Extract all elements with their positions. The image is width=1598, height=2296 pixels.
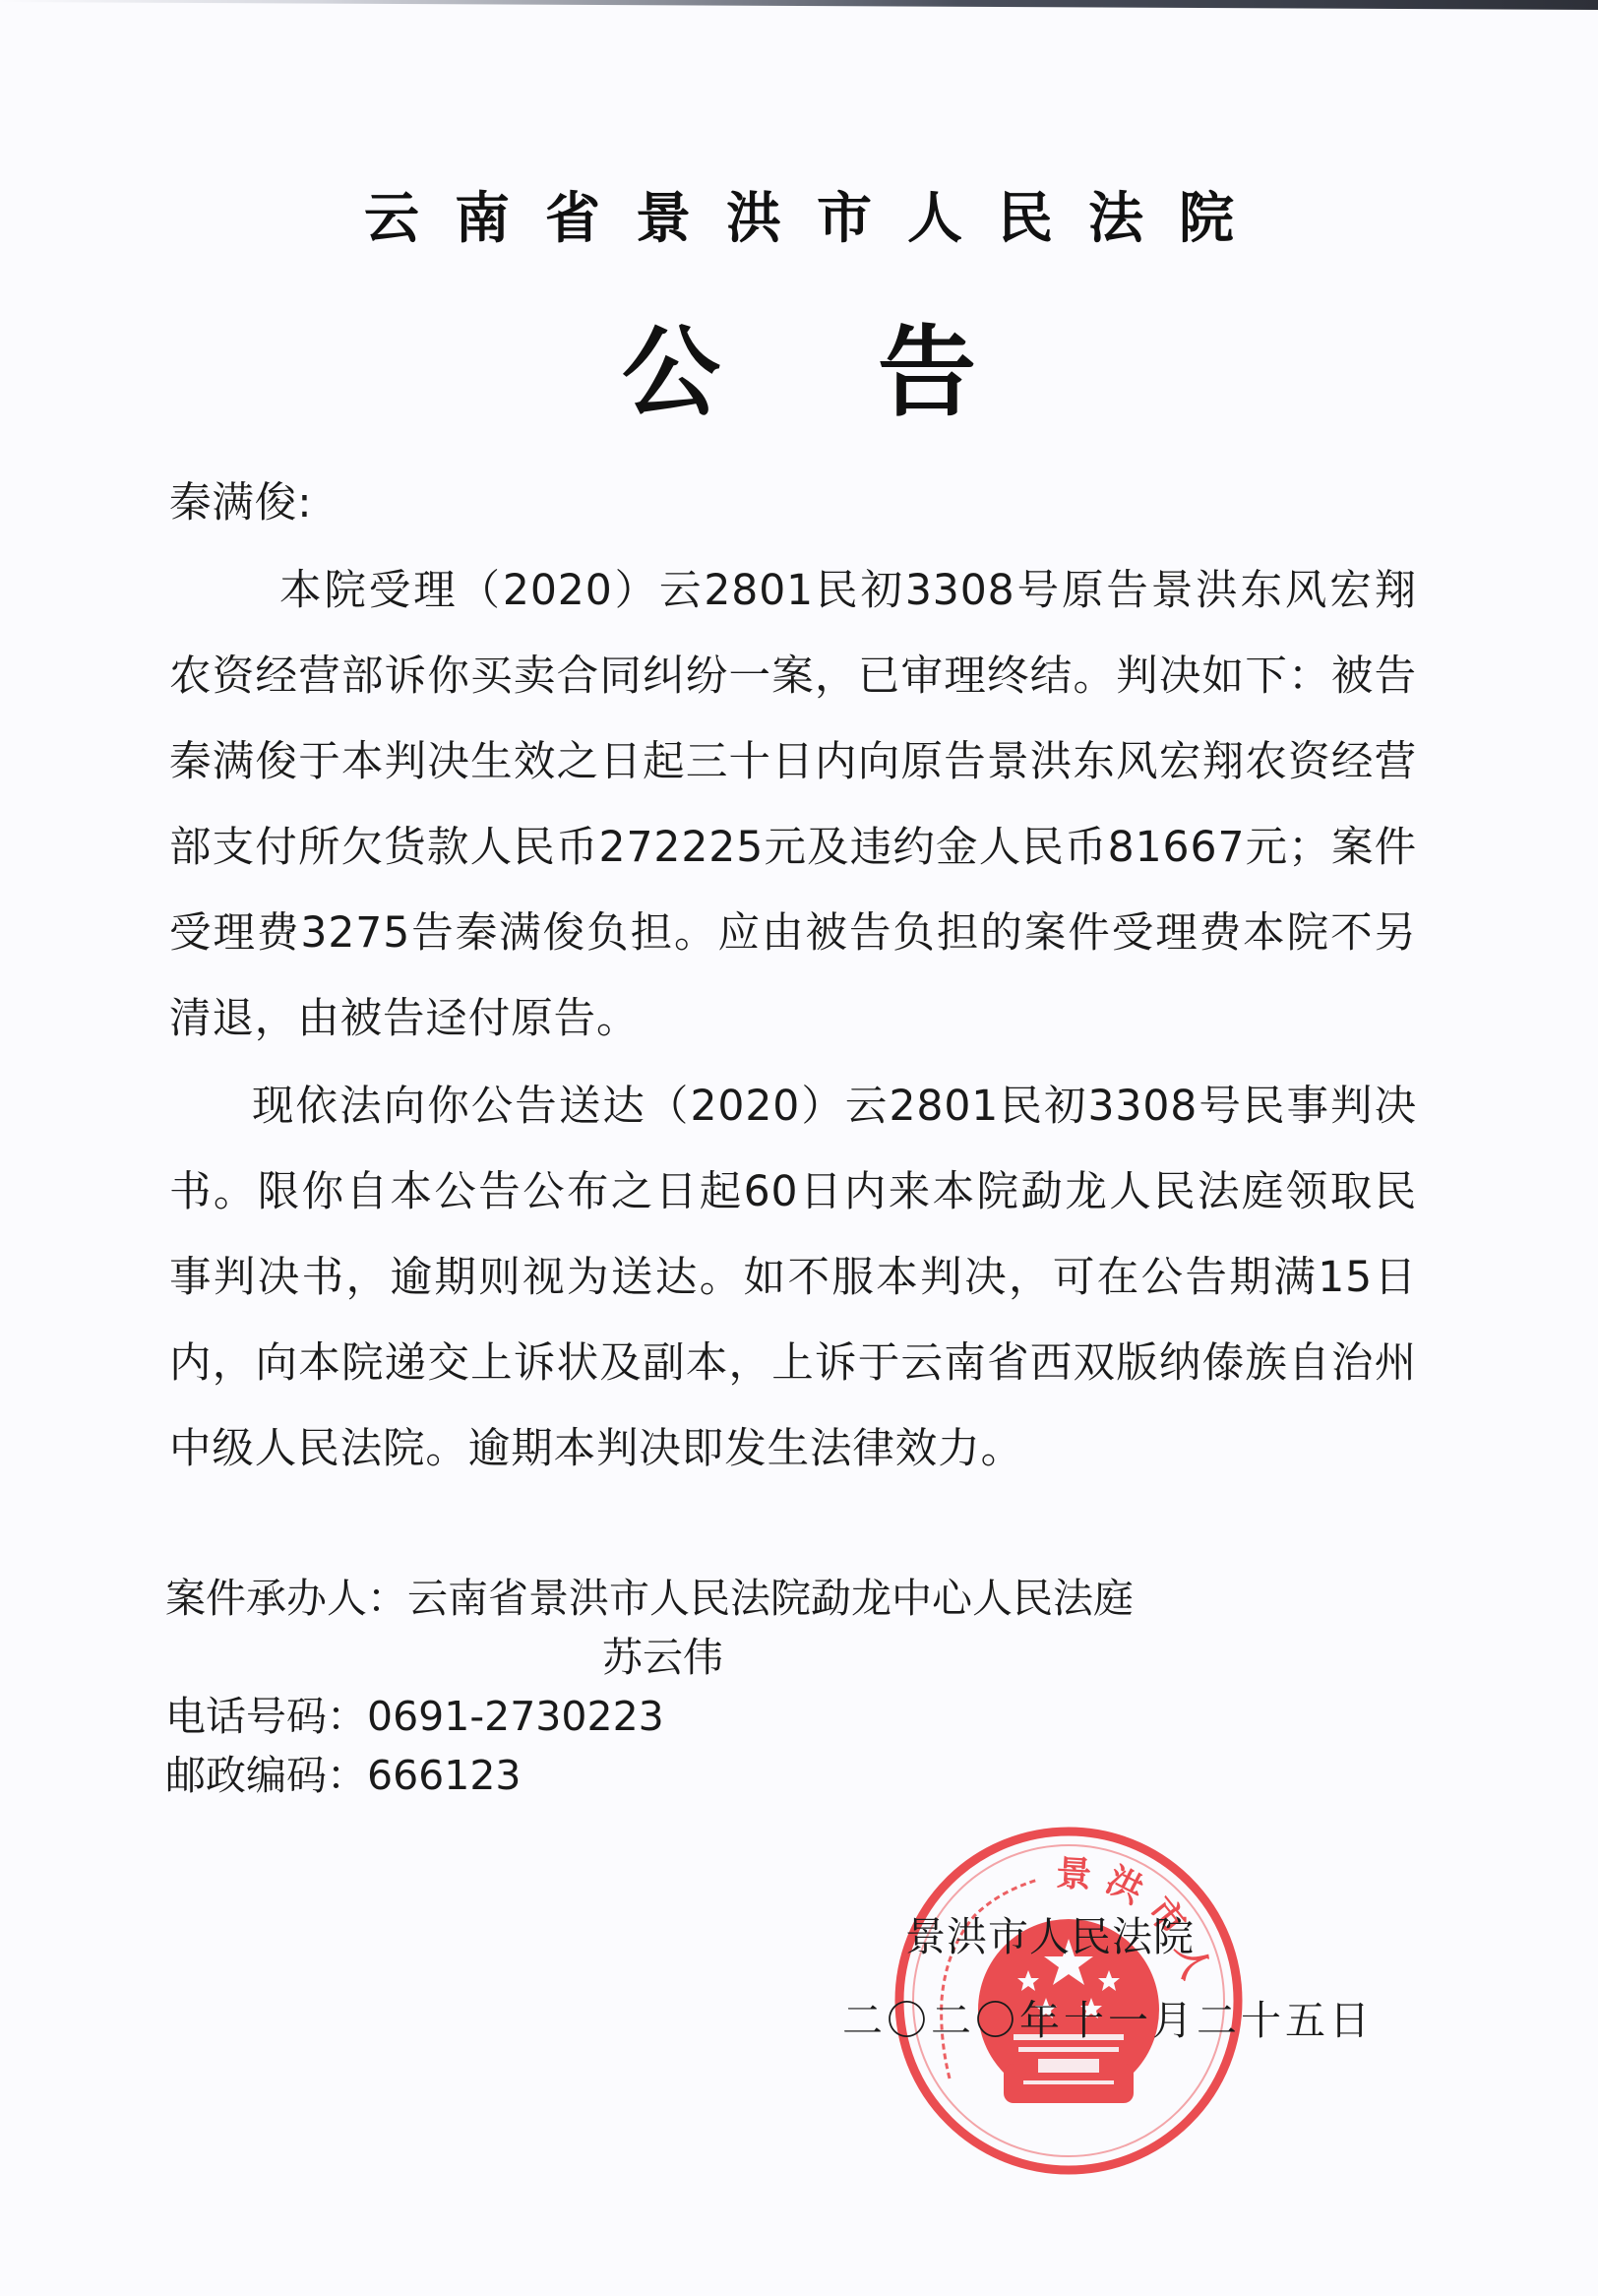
handler-label: 案件承办人：: [165, 1575, 407, 1622]
postal-line: 邮政编码：666123: [165, 1746, 522, 1805]
signing-date: 二〇二〇年十一月二十五日: [842, 1991, 1374, 2050]
signing-court: 景洪市人民法院: [905, 1907, 1195, 1966]
service-notice-paragraph: 现依法向你公告送达（2020）云2801民初3308号民事判决书。限你自本公告公…: [169, 1064, 1417, 1492]
phone-number: 0691-2730223: [367, 1693, 664, 1740]
notice-title: 公告: [0, 313, 1598, 431]
phone-line: 电话号码：0691-2730223: [165, 1687, 664, 1746]
scan-edge-shadow: [0, 0, 1598, 10]
addressee: 秦满俊:: [169, 461, 1417, 546]
court-name-heading: 云南省景洪市人民法院: [0, 185, 1598, 254]
postal-label: 邮政编码：: [165, 1752, 367, 1799]
handler-name: 苏云伟: [602, 1628, 723, 1687]
postal-code: 666123: [367, 1752, 522, 1799]
case-handler-line: 案件承办人：云南省景洪市人民法院勐龙中心人民法庭: [165, 1569, 1134, 1628]
handler-org: 云南省景洪市人民法院勐龙中心人民法庭: [407, 1575, 1134, 1622]
judgment-paragraph: 本院受理（2020）云2801民初3308号原告景洪东风宏翔农资经营部诉你买卖合…: [169, 548, 1417, 1062]
phone-label: 电话号码：: [165, 1693, 367, 1740]
